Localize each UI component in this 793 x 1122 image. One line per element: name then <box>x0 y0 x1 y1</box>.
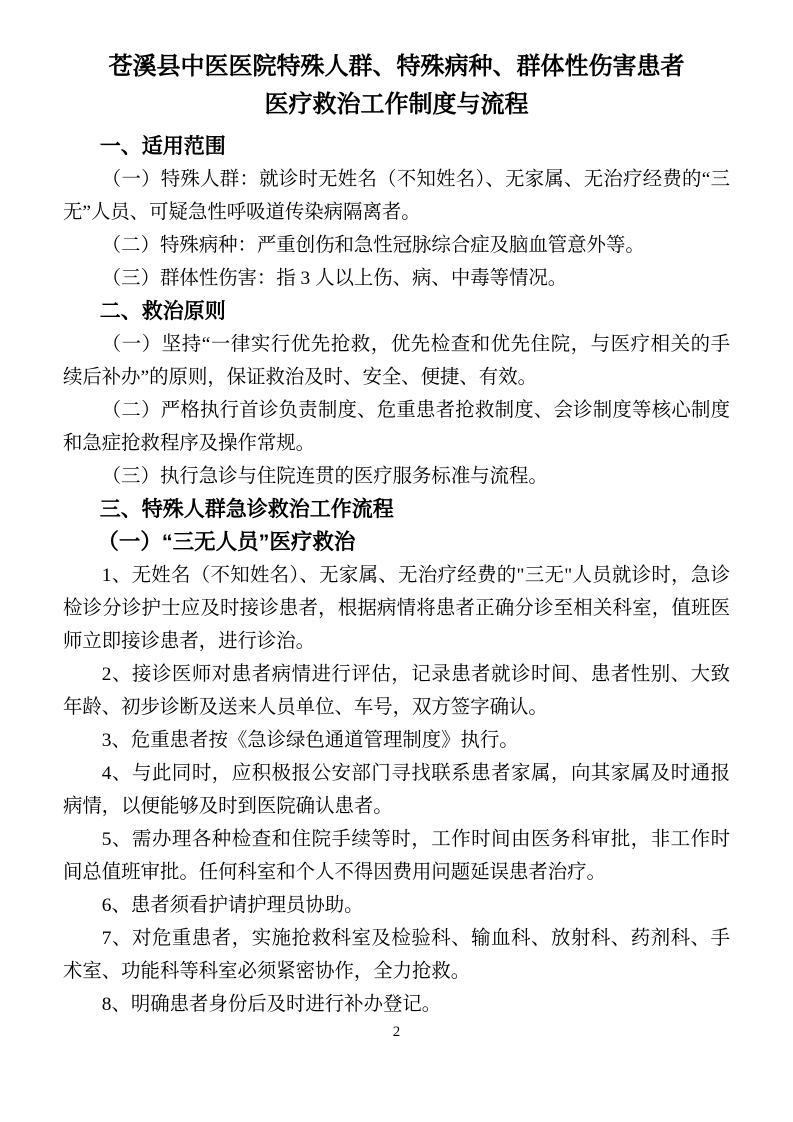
paragraph-step-6: 6、患者须看护请护理员协助。 <box>63 889 730 922</box>
doc-title-line1: 苍溪县中医医院特殊人群、特殊病种、群体性伤害患者 <box>63 48 730 86</box>
paragraph-step-7: 7、对危重患者，实施抢救科室及检验科、输血科、放射科、药剂科、手术室、功能科等科… <box>63 922 730 988</box>
paragraph-step-2: 2、接诊医师对患者病情进行评估，记录患者就诊时间、患者性别、大致年龄、初步诊断及… <box>63 658 730 724</box>
document-page: 苍溪县中医医院特殊人群、特殊病种、群体性伤害患者 医疗救治工作制度与流程 一、适… <box>0 0 793 1122</box>
paragraph-step-1: 1、无姓名（不知姓名）、无家属、无治疗经费的"三无"人员就诊时，急诊检诊分诊护士… <box>63 559 730 658</box>
section-heading-principles: 二、救治原则 <box>63 295 730 328</box>
document-body: 一、适用范围 （一）特殊人群：就诊时无姓名（不知姓名）、无家属、无治疗经费的“三… <box>63 130 730 1021</box>
paragraph-step-8: 8、明确患者身份后及时进行补办登记。 <box>63 988 730 1021</box>
doc-title-line2: 医疗救治工作制度与流程 <box>63 86 730 124</box>
section-heading-workflow: 三、特殊人群急诊救治工作流程 <box>63 493 730 526</box>
paragraph-principle-2: （二）严格执行首诊负责制度、危重患者抢救制度、会诊制度等核心制度和急症抢救程序及… <box>63 394 730 460</box>
section-heading-scope: 一、适用范围 <box>63 130 730 163</box>
paragraph-special-diseases: （二）特殊病种：严重创伤和急性冠脉综合症及脑血管意外等。 <box>63 229 730 262</box>
paragraph-principle-1: （一）坚持“一律实行优先抢救，优先检查和优先住院，与医疗相关的手续后补办”的原则… <box>63 328 730 394</box>
paragraph-special-population: （一）特殊人群：就诊时无姓名（不知姓名）、无家属、无治疗经费的“三无”人员、可疑… <box>63 163 730 229</box>
page-number: 2 <box>0 1024 793 1041</box>
paragraph-step-3: 3、危重患者按《急诊绿色通道管理制度》执行。 <box>63 724 730 757</box>
paragraph-mass-injury: （三）群体性伤害：指 3 人以上伤、病、中毒等情况。 <box>63 262 730 295</box>
paragraph-step-4: 4、与此同时，应积极报公安部门寻找联系患者家属，向其家属及时通报病情，以便能够及… <box>63 757 730 823</box>
paragraph-step-5: 5、需办理各种检查和住院手续等时，工作时间由医务科审批，非工作时间总值班审批。任… <box>63 823 730 889</box>
paragraph-principle-3: （三）执行急诊与住院连贯的医疗服务标准与流程。 <box>63 460 730 493</box>
subsection-heading-sanwu: （一）“三无人员”医疗救治 <box>63 526 730 559</box>
